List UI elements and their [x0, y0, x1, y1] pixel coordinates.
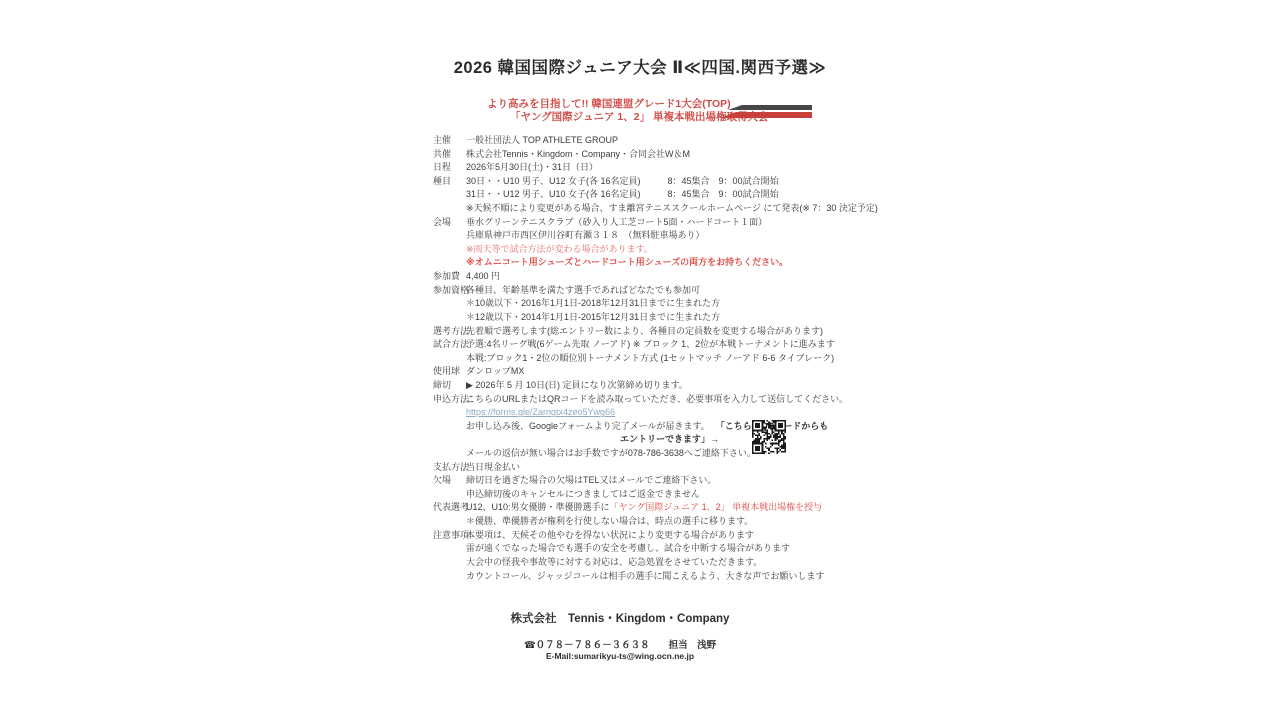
row-caution-4: カウントコール、ジャッジコールは相手の選手に聞こえるよう、大きな声でお願いします [433, 570, 863, 584]
row-dates: 日程2026年5月30日(土)・31日（日） [433, 161, 863, 175]
footer-company: 株式会社 Tennis・Kingdom・Company [430, 610, 810, 626]
footer-email: E-Mail:sumarikyu-ts@wing.ocn.ne.jp [430, 651, 810, 661]
row-format-qualifying: 試合方法予選:4名リーグ戦(6ゲーム先取 ノーアド) ※ ブロック 1、2位が本… [433, 338, 863, 352]
row-label: 参加資格 [433, 284, 466, 298]
row-label [433, 556, 466, 570]
row-label: 主催 [433, 134, 466, 148]
row-weather-note: ※天候不順により変更がある場合、すま離宮テニススクールホームページ にて発表(※… [433, 202, 863, 216]
row-label [433, 229, 466, 243]
row-label [433, 447, 466, 461]
row-text: 30日・・U10 男子、U12 女子(各 16名定員) 8：45集合 9：00試… [466, 175, 779, 189]
qr-code [752, 419, 786, 455]
row-caution-3: 大会中の怪我や事故等に対する対応は、応急処置をさせていただきます。 [433, 556, 863, 570]
row-label: 会場 [433, 216, 466, 230]
entry-form-link[interactable]: https://forms.gle/Zarngtx4zeo5Ywg66 [466, 406, 615, 420]
row-label [433, 243, 466, 257]
row-label [433, 542, 466, 556]
row-payment: 支払方法当日現金払い [433, 461, 863, 475]
row-apply-url: https://forms.gle/Zarngtx4zeo5Ywg66 [433, 406, 863, 420]
row-text: ※オムニコート用シューズとハードコート用シューズの両方をお持ちください。 [466, 256, 788, 270]
row-text: 一般社団法人 TOP ATHLETE GROUP [466, 134, 618, 148]
row-text: 本要項は、天候その他やむを得ない状況により変更する場合があります [466, 529, 754, 543]
row-apply-method: 申込方法こちらのURLまたはQRコードを読み取っていただき、必要事項を入力して送… [433, 393, 863, 407]
row-text: 4,400 円 [466, 270, 500, 284]
row-label [433, 515, 466, 529]
row-fee: 参加費4,400 円 [433, 270, 863, 284]
row-text: ダンロップMX [466, 365, 524, 379]
row-label: 共催 [433, 148, 466, 162]
row-eligibility-u12: ＊12歳以下・2014年1月1日-2015年12月31日までに生まれた方 [433, 311, 863, 325]
row-eligibility: 参加資格各種目、年齢基準を満たす選手であればどなたでも参加可 [433, 284, 863, 298]
row-rain-note: ※雨天等で試合方法が変わる場合があります。 [433, 243, 863, 257]
row-events-day1: 種目30日・・U10 男子、U12 女子(各 16名定員) 8：45集合 9：0… [433, 175, 863, 189]
row-label [433, 188, 466, 202]
row-text: 各種目、年齢基準を満たす選手であればどなたでも参加可 [466, 284, 700, 298]
row-apply-confirm: お申し込み後、Googleフォームより完了メールが届きます。「こちらのQRコード… [433, 420, 863, 434]
row-apply-qr-note2: エントリーできます」→ [433, 433, 863, 447]
row-text: 大会中の怪我や事故等に対する対応は、応急処置をさせていただきます。 [466, 556, 762, 570]
row-text: ※天候不順により変更がある場合、すま離宮テニススクールホームページ にて発表(※… [466, 202, 878, 216]
row-label [433, 420, 466, 434]
row-text: お申し込み後、Googleフォームより完了メールが届きます。 [466, 420, 710, 434]
row-cancel-policy: 申込締切後のキャンセルにつきましてはご返金できません [433, 488, 863, 502]
row-label [433, 488, 466, 502]
row-text: 株式会社Tennis・Kingdom・Company・合同会社W＆M [466, 148, 690, 162]
decorative-stripe-dark [728, 105, 812, 110]
row-label [433, 406, 466, 420]
row-label [433, 570, 466, 584]
row-label: 使用球 [433, 365, 466, 379]
row-text: 垂水グリーンテニスクラブ（砂入り人工芝コート5面・ハードコート１面） [466, 216, 767, 230]
row-text: ▶ 2026年 5 月 10日(日) 定員になり次第締め切ります。 [466, 379, 688, 393]
row-text: U12、U10:男女優勝・準優勝選手に [466, 501, 610, 515]
row-events-day2: 31日・・U12 男子、U10 女子(各 16名定員) 8：45集合 9：00試… [433, 188, 863, 202]
row-text: 予選:4名リーグ戦(6ゲーム先取 ノーアド) ※ ブロック 1、2位が本戦トーナ… [466, 338, 835, 352]
row-text: 雷が遠くでなった場合でも選手の安全を考慮し、試合を中断する場合があります [466, 542, 790, 556]
row-text: こちらのURLまたはQRコードを読み取っていただき、必要事項を入力して送信してく… [466, 393, 848, 407]
row-organizer: 主催一般社団法人 TOP ATHLETE GROUP [433, 134, 863, 148]
row-text: エントリーできます」→ [620, 433, 719, 447]
tournament-flyer-page: 2026 韓国国際ジュニア大会 Ⅱ≪四国.関西予選≫ より高みを目指して!! 韓… [0, 0, 1280, 720]
row-label: 日程 [433, 161, 466, 175]
row-representative-note: ＊優勝、準優勝者が権利を行使しない場合は、時点の選手に移ります。 [433, 515, 863, 529]
row-label [433, 256, 466, 270]
row-caution-1: 注意事項本要項は、天候その他やむを得ない状況により変更する場合があります [433, 529, 863, 543]
row-label: 選考方法 [433, 325, 466, 339]
row-selection: 選考方法先着順で選考します(総エントリー数により、各種目の定員数を変更する場合が… [433, 325, 863, 339]
decorative-stripe-red [720, 112, 812, 118]
row-label: 支払方法 [433, 461, 466, 475]
row-label [433, 297, 466, 311]
row-label: 参加費 [433, 270, 466, 284]
page-title: 2026 韓国国際ジュニア大会 Ⅱ≪四国.関西予選≫ [430, 54, 850, 78]
row-text: 本戦:ブロック1・2位の順位別トーナメント方式 (1セットマッチ ノーアド 6-… [466, 352, 834, 366]
row-shoes-note: ※オムニコート用シューズとハードコート用シューズの両方をお持ちください。 [433, 256, 863, 270]
row-text: カウントコール、ジャッジコールは相手の選手に聞こえるよう、大きな声でお願いします [466, 570, 824, 584]
row-text: 当日現金払い [466, 461, 520, 475]
row-deadline: 締切▶ 2026年 5 月 10日(日) 定員になり次第締め切ります。 [433, 379, 863, 393]
row-text: 先着順で選考します(総エントリー数により、各種目の定員数を変更する場合があります… [466, 325, 823, 339]
row-representative: 代表選考U12、U10:男女優勝・準優勝選手に「ヤング国際ジュニア 1、2」 単… [433, 501, 863, 515]
row-label [433, 433, 466, 447]
row-venue-address: 兵庫県神戸市西区伊川谷町有瀬３１８ （無料駐車場あり） [433, 229, 863, 243]
row-eligibility-u10: ＊10歳以下・2016年1月1日-2018年12月31日までに生まれた方 [433, 297, 863, 311]
row-label: 申込方法 [433, 393, 466, 407]
row-venue: 会場垂水グリーンテニスクラブ（砂入り人工芝コート5面・ハードコート１面） [433, 216, 863, 230]
row-text-award: 「ヤング国際ジュニア 1、2」 単複本戦出場権を授与 [610, 501, 823, 515]
row-text: 兵庫県神戸市西区伊川谷町有瀬３１８ （無料駐車場あり） [466, 229, 705, 243]
row-withdrawal: 欠場締切日を過ぎた場合の欠場はTEL又はメールでご連絡下さい。 [433, 474, 863, 488]
row-text: 申込締切後のキャンセルにつきましてはご返金できません [466, 488, 700, 502]
row-text: 締切日を過ぎた場合の欠場はTEL又はメールでご連絡下さい。 [466, 474, 716, 488]
row-apply-no-reply: メールの返信が無い場合はお手数ですが078-786-3638へご連絡下さい。 [433, 447, 863, 461]
row-cohost: 共催株式会社Tennis・Kingdom・Company・合同会社W＆M [433, 148, 863, 162]
row-label: 注意事項 [433, 529, 466, 543]
row-label [433, 311, 466, 325]
row-text: ＊優勝、準優勝者が権利を行使しない場合は、時点の選手に移ります。 [466, 515, 753, 529]
row-text: ※雨天等で試合方法が変わる場合があります。 [466, 243, 653, 257]
row-balls: 使用球ダンロップMX [433, 365, 863, 379]
row-label: 締切 [433, 379, 466, 393]
row-text: 31日・・U12 男子、U10 女子(各 16名定員) 8：45集合 9：00試… [466, 188, 779, 202]
row-label [433, 352, 466, 366]
footer-phone: ☎０７８－７８６－３６３８ 担当 浅野 [430, 637, 810, 651]
row-label [433, 202, 466, 216]
row-format-main: 本戦:ブロック1・2位の順位別トーナメント方式 (1セットマッチ ノーアド 6-… [433, 352, 863, 366]
flyer-body: 主催一般社団法人 TOP ATHLETE GROUP 共催株式会社Tennis・… [433, 134, 863, 583]
row-text: 2026年5月30日(土)・31日（日） [466, 161, 598, 175]
row-label: 欠場 [433, 474, 466, 488]
row-label: 代表選考 [433, 501, 466, 515]
row-text: ＊12歳以下・2014年1月1日-2015年12月31日までに生まれた方 [466, 311, 720, 325]
row-caution-2: 雷が遠くでなった場合でも選手の安全を考慮し、試合を中断する場合があります [433, 542, 863, 556]
row-text: メールの返信が無い場合はお手数ですが078-786-3638へご連絡下さい。 [466, 447, 756, 461]
row-label: 種目 [433, 175, 466, 189]
row-label: 試合方法 [433, 338, 466, 352]
row-text: ＊10歳以下・2016年1月1日-2018年12月31日までに生まれた方 [466, 297, 720, 311]
